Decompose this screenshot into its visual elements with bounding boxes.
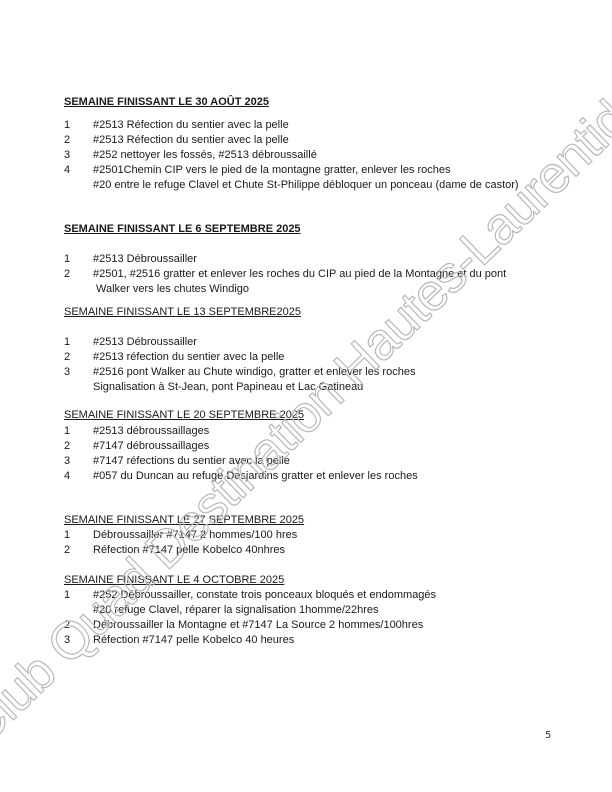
section-heading: SEMAINE FINISSANT LE 13 SEPTEMBRE2025 xyxy=(64,306,301,319)
section-heading: SEMAINE FINISSANT LE 6 SEPTEMBRE 2025 xyxy=(64,223,301,236)
item-text: Walker vers les chutes Windigo xyxy=(96,283,249,296)
item-text: Débroussailler #7147 2 hommes/100 hres xyxy=(93,529,297,542)
item-text: Réfection #7147 pelle Kobelco 40 heures xyxy=(93,634,294,647)
item-number: 2 xyxy=(64,440,84,453)
item-text: #20 refuge Clavel, réparer la signalisat… xyxy=(93,604,379,617)
item-text: #2501Chemin CIP vers le pied de la monta… xyxy=(93,164,451,177)
item-number: 2 xyxy=(64,268,84,281)
item-number: 3 xyxy=(64,366,84,379)
item-text: #2513 débroussaillages xyxy=(93,425,209,438)
item-text: #2513 Débroussailler xyxy=(93,336,197,349)
item-text: #7147 réfections du sentier avec la pell… xyxy=(93,455,290,468)
item-text: Signalisation à St-Jean, pont Papineau e… xyxy=(93,381,363,394)
item-text: #057 du Duncan au refuge Desjardins grat… xyxy=(93,470,418,483)
item-text: Réfection #7147 pelle Kobelco 40nhres xyxy=(93,544,285,557)
item-number: 3 xyxy=(64,455,84,468)
item-number: 1 xyxy=(64,425,84,438)
item-text: #2513 réfection du sentier avec la pelle xyxy=(93,351,284,364)
item-number: 3 xyxy=(64,149,84,162)
item-text: #252 Débroussailler, constate trois ponc… xyxy=(93,589,436,602)
item-number: 2 xyxy=(64,351,84,364)
item-text: #2513 Réfection du sentier avec la pelle xyxy=(93,119,289,132)
item-text: #20 entre le refuge Clavel et Chute St-P… xyxy=(93,179,519,192)
item-number: 3 xyxy=(64,634,84,647)
item-number: 1 xyxy=(64,336,84,349)
section-heading: SEMAINE FINISSANT LE 4 OCTOBRE 2025 xyxy=(64,574,284,587)
item-text: #2513 Réfection du sentier avec la pelle xyxy=(93,134,289,147)
item-number: 1 xyxy=(64,119,84,132)
page-number: 5 xyxy=(545,730,551,741)
document-page: SEMAINE FINISSANT LE 30 AOÛT 2025 1#2513… xyxy=(0,0,612,792)
section-heading: SEMAINE FINISSANT LE 27 SEPTEMBRE 2025 xyxy=(64,514,304,527)
item-text: #252 nettoyer les fossés, #2513 débrouss… xyxy=(93,149,317,162)
item-text: #2513 Débroussailler xyxy=(93,253,197,266)
item-number: 2 xyxy=(64,134,84,147)
item-number: 4 xyxy=(64,470,84,483)
item-number: 2 xyxy=(64,544,84,557)
item-text: #7147 débroussaillages xyxy=(93,440,209,453)
section-heading: SEMAINE FINISSANT LE 20 SEPTEMBRE 2025 xyxy=(64,409,304,422)
item-text: #2501, #2516 gratter et enlever les roch… xyxy=(93,268,506,281)
item-number: 1 xyxy=(64,253,84,266)
item-number: 4 xyxy=(64,164,84,177)
item-number: 2 xyxy=(64,619,84,632)
item-text: Débroussailler la Montagne et #7147 La S… xyxy=(93,619,423,632)
item-number: 1 xyxy=(64,589,84,602)
section-heading: SEMAINE FINISSANT LE 30 AOÛT 2025 xyxy=(64,96,269,109)
item-text: #2516 pont Walker au Chute windigo, grat… xyxy=(93,366,415,379)
item-number: 1 xyxy=(64,529,84,542)
